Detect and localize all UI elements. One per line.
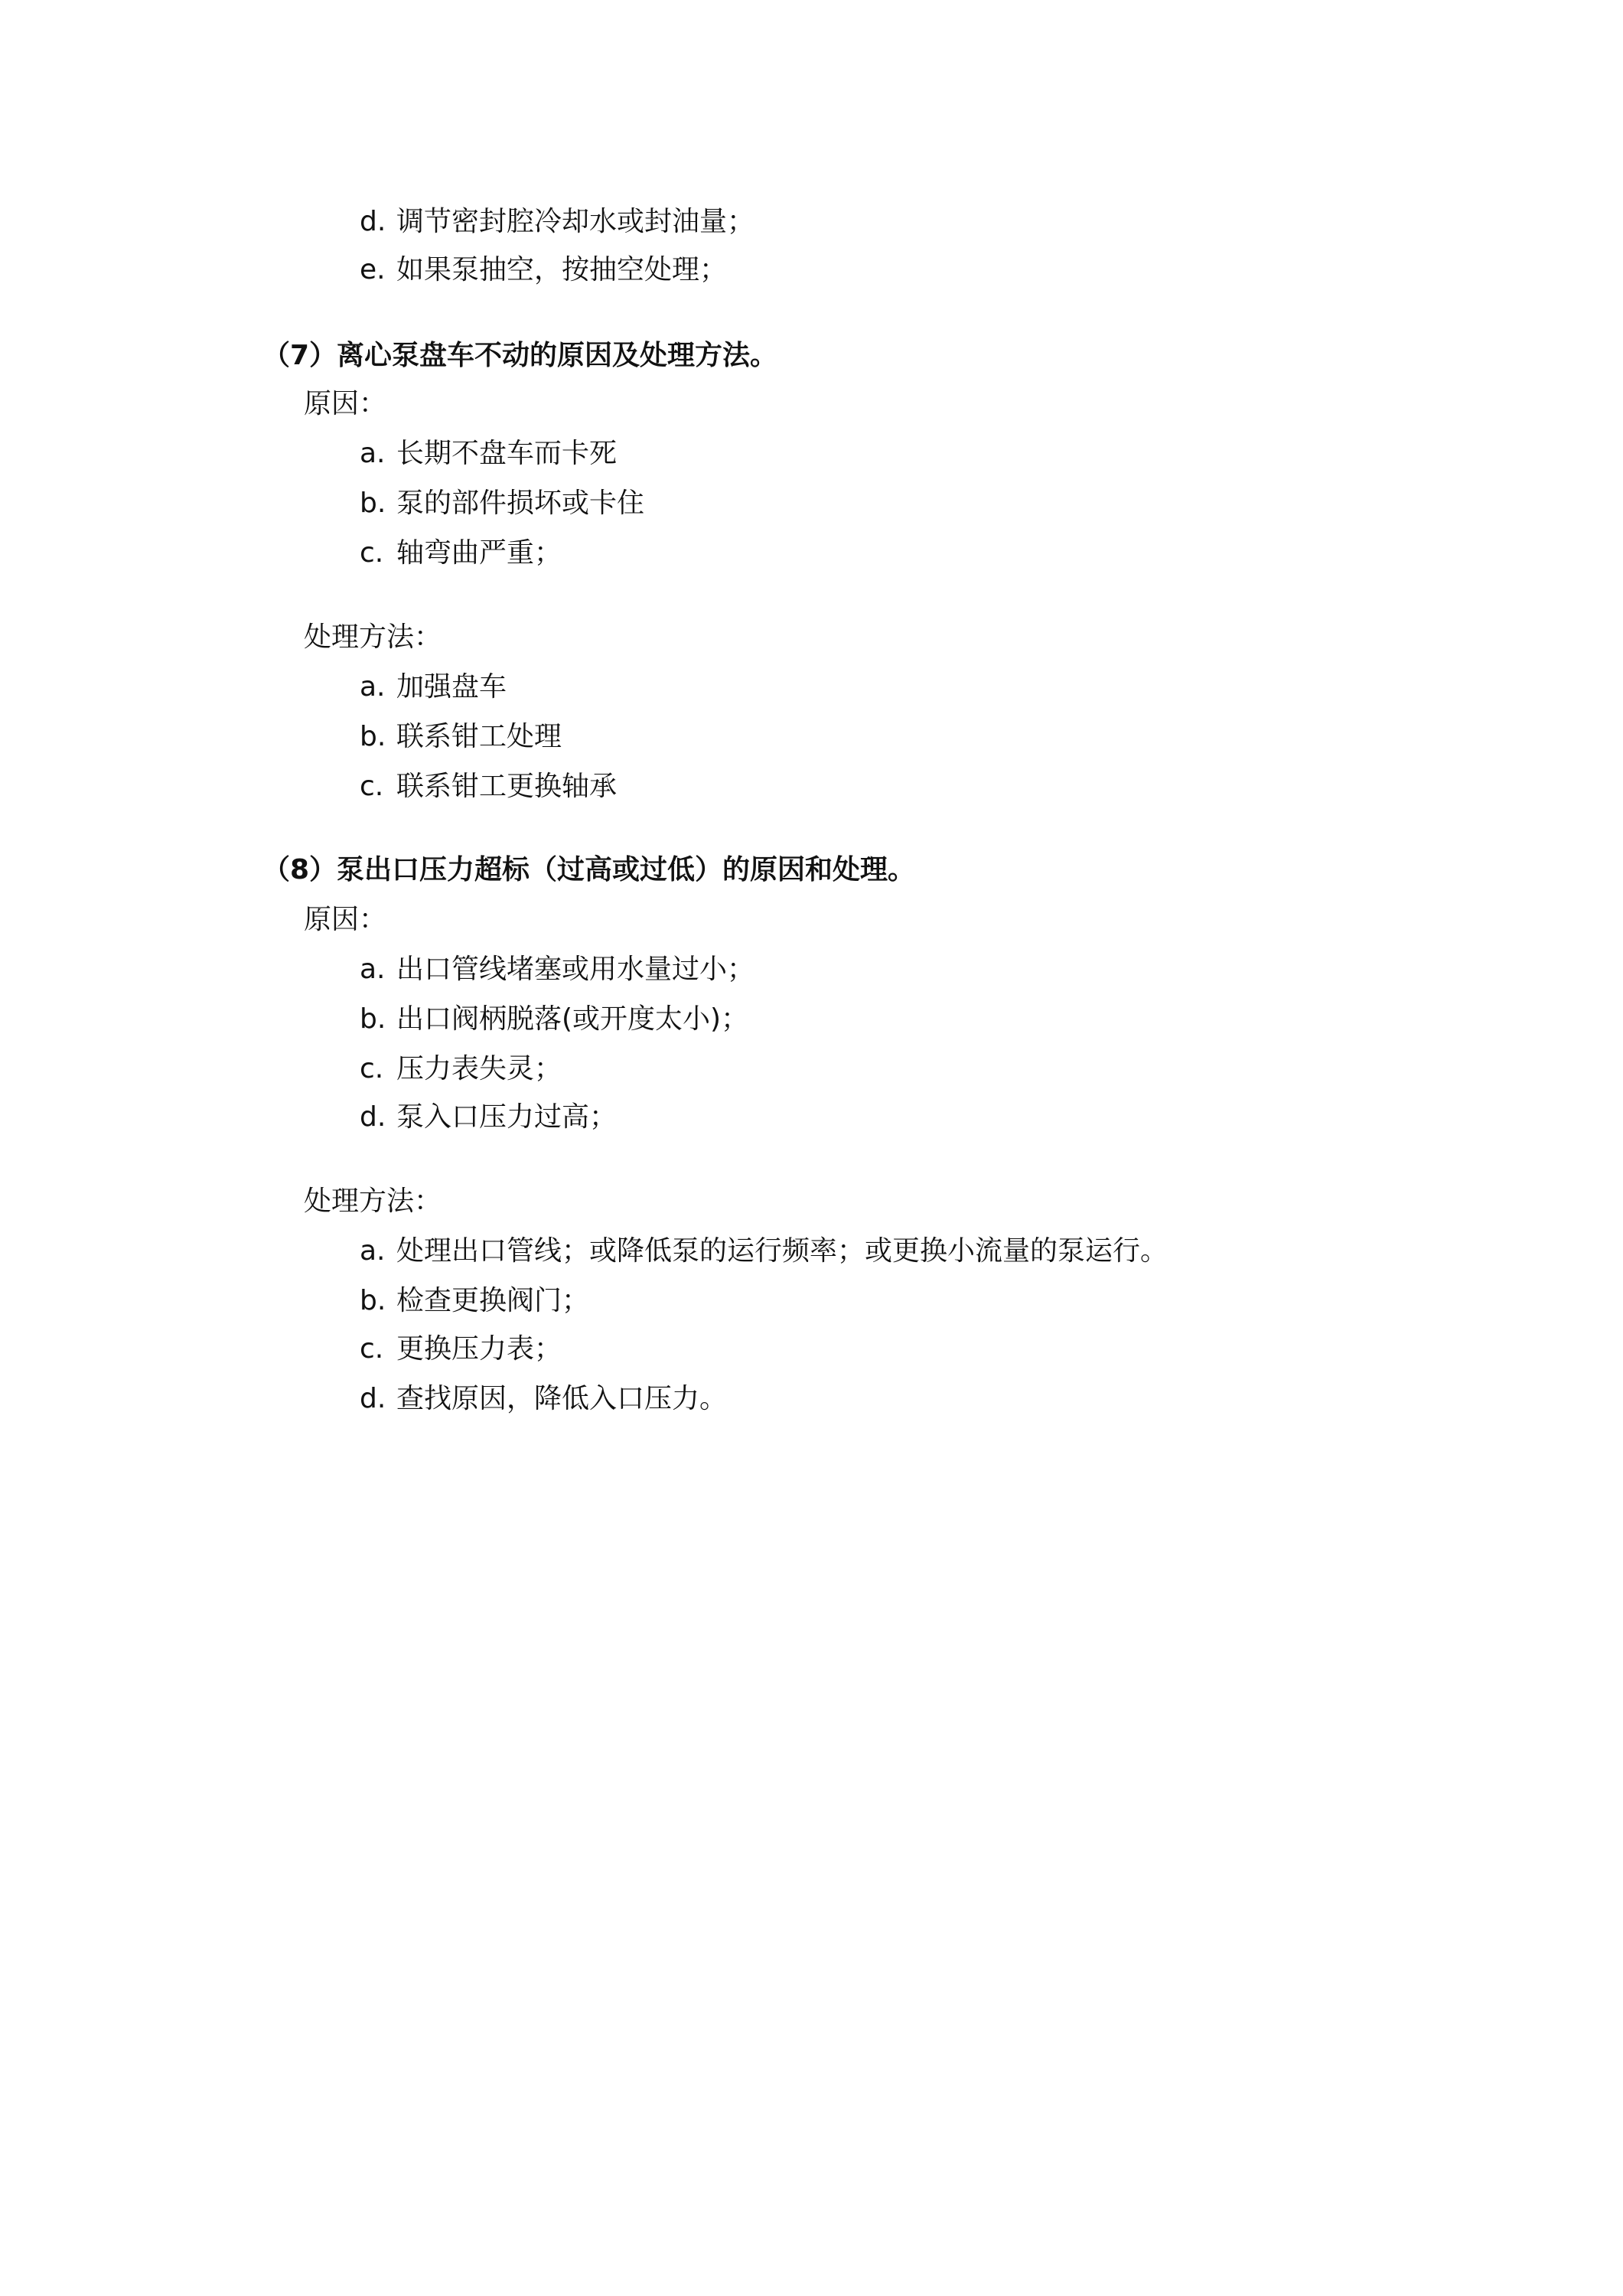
list-item-text: 压力表失灵； <box>396 1053 562 1084</box>
methods-label: 处理方法： <box>304 621 442 654</box>
section-heading-8: （8）泵出口压力超标（过高或过低）的原因和处理。 <box>262 853 915 887</box>
list-item: d.调节密封腔冷却水或封油量； <box>360 205 754 239</box>
list-item: b.泵的部件损坏或卡住 <box>360 487 644 520</box>
list-item: c.更换压力表； <box>360 1332 562 1366</box>
list-marker: d. <box>360 205 396 239</box>
causes-label: 原因： <box>304 387 386 421</box>
list-item: c.压力表失灵； <box>360 1052 562 1086</box>
list-marker: d. <box>360 1101 396 1134</box>
list-item-text: 如果泵抽空，按抽空处理； <box>396 254 727 285</box>
section-heading-7: （7）离心泵盘车不动的原因及处理方法。 <box>262 339 777 373</box>
list-item-text: 泵的部件损坏或卡住 <box>396 488 644 519</box>
list-item-text: 调节密封腔冷却水或封油量； <box>396 206 754 237</box>
list-item: a.长期不盘车而卡死 <box>360 437 617 471</box>
list-marker: b. <box>360 1003 396 1036</box>
list-item: a.处理出口管线；或降低泵的运行频率；或更换小流量的泵运行。 <box>360 1234 1168 1268</box>
list-marker: d. <box>360 1382 396 1416</box>
list-item: b.检查更换阀门； <box>360 1284 589 1318</box>
list-item-text: 处理出口管线；或降低泵的运行频率；或更换小流量的泵运行。 <box>396 1235 1168 1267</box>
causes-label: 原因： <box>304 903 386 937</box>
list-marker: a. <box>360 1234 396 1268</box>
list-item-text: 泵入口压力过高； <box>396 1101 617 1133</box>
list-marker: a. <box>360 670 396 704</box>
list-marker: c. <box>360 1332 396 1366</box>
list-item-text: 检查更换阀门； <box>396 1285 589 1316</box>
list-marker: c. <box>360 536 396 570</box>
list-item-text: 轴弯曲严重； <box>396 537 562 569</box>
list-item: d.查找原因，降低入口压力。 <box>360 1382 727 1416</box>
list-item-text: 查找原因，降低入口压力。 <box>396 1383 727 1414</box>
list-item: c.轴弯曲严重； <box>360 536 562 570</box>
list-item: b.出口阀柄脱落(或开度太小)； <box>360 1003 748 1036</box>
list-marker: e. <box>360 253 396 287</box>
list-marker: c. <box>360 770 396 804</box>
list-marker: b. <box>360 720 396 754</box>
list-item: d.泵入口压力过高； <box>360 1101 617 1134</box>
methods-label: 处理方法： <box>304 1185 442 1218</box>
list-item: c.联系钳工更换轴承 <box>360 770 617 804</box>
list-item: e.如果泵抽空，按抽空处理； <box>360 253 727 287</box>
list-item-text: 长期不盘车而卡死 <box>396 438 617 469</box>
list-item-text: 加强盘车 <box>396 671 507 703</box>
list-marker: b. <box>360 1284 396 1318</box>
list-item: a.出口管线堵塞或用水量过小； <box>360 953 754 987</box>
list-marker: a. <box>360 437 396 471</box>
list-marker: b. <box>360 487 396 520</box>
list-item-text: 出口管线堵塞或用水量过小； <box>396 954 754 985</box>
list-item-text: 出口阀柄脱落(或开度太小)； <box>396 1003 748 1035</box>
list-item: b.联系钳工处理 <box>360 720 562 754</box>
list-item-text: 更换压力表； <box>396 1333 562 1365</box>
list-marker: c. <box>360 1052 396 1086</box>
list-item-text: 联系钳工更换轴承 <box>396 771 617 802</box>
list-item: a.加强盘车 <box>360 670 507 704</box>
document-page: d.调节密封腔冷却水或封油量； e.如果泵抽空，按抽空处理； （7）离心泵盘车不… <box>0 0 1623 2296</box>
list-marker: a. <box>360 953 396 987</box>
list-item-text: 联系钳工处理 <box>396 721 562 752</box>
